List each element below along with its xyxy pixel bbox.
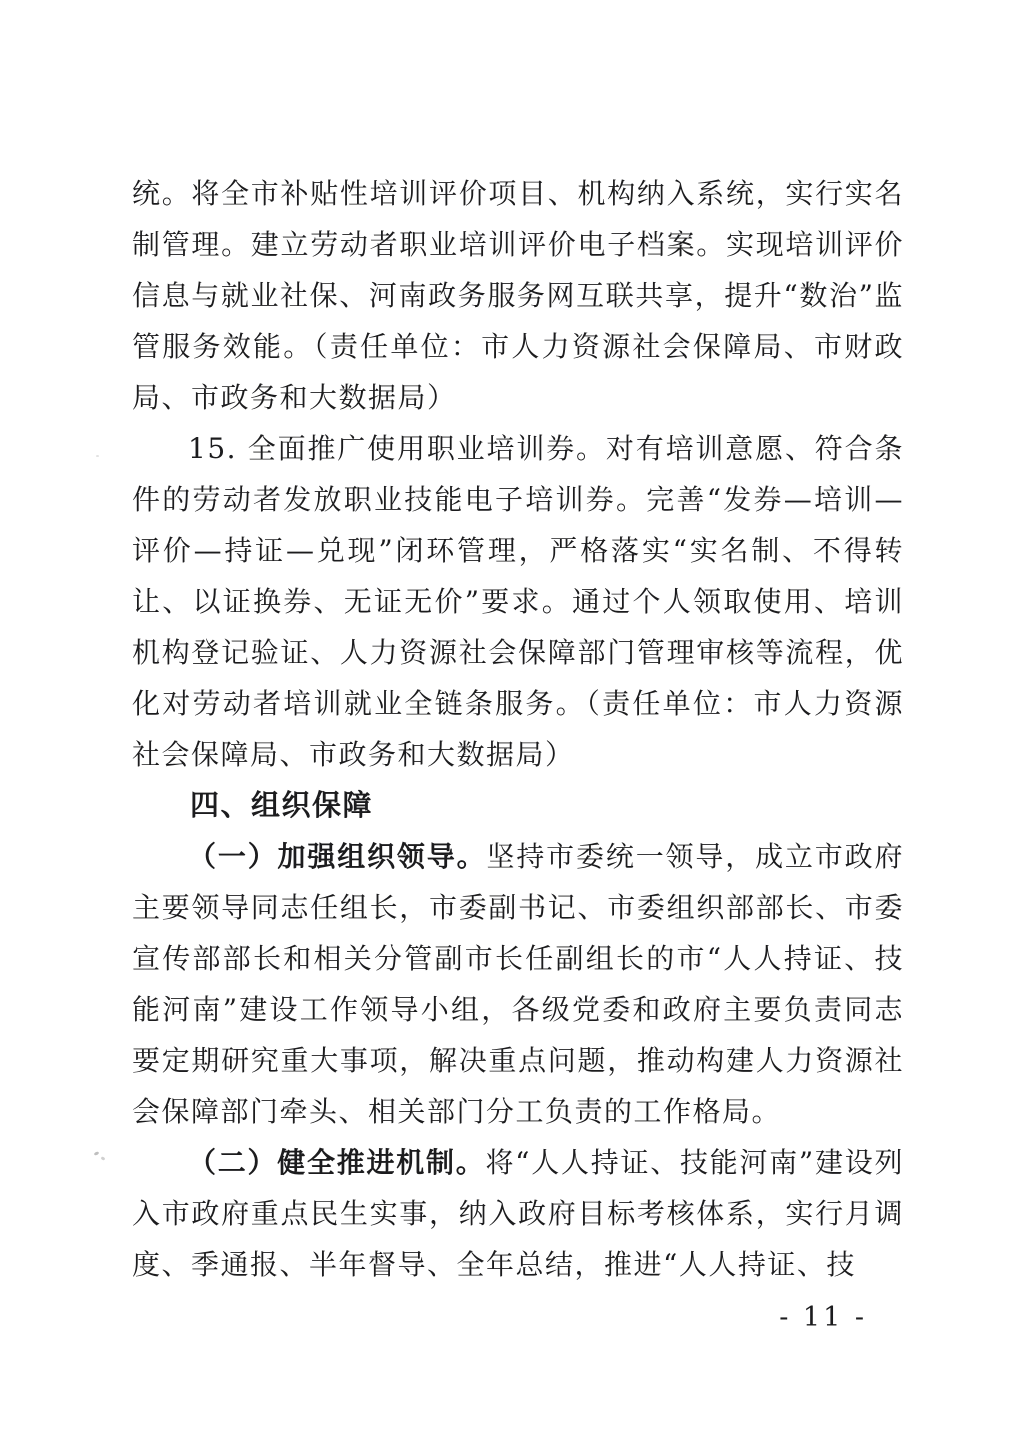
document-body: 统。将全市补贴性培训评价项目、机构纳入系统，实行实名制管理。建立劳动者职业培训评…: [132, 168, 904, 1290]
scan-speck: [94, 1151, 100, 1156]
scan-speck: [101, 1156, 106, 1161]
paragraph-sub-1-body: 坚持市委统一领导，成立市政府主要领导同志任组长，市委副书记、市委组织部部长、市委…: [132, 840, 904, 1128]
page-number: - 11 -: [779, 1297, 867, 1339]
paragraph-sub-1-lead: （一）加强组织领导。: [188, 840, 486, 873]
section-heading-organizational-guarantee: 四、组织保障: [132, 780, 904, 831]
paragraph-continuation: 统。将全市补贴性培训评价项目、机构纳入系统，实行实名制管理。建立劳动者职业培训评…: [132, 168, 904, 423]
paragraph-sub-2: （二）健全推进机制。将“人人持证、技能河南”建设列入市政府重点民生实事，纳入政府…: [132, 1137, 904, 1290]
paragraph-item-15: 15. 全面推广使用职业培训券。对有培训意愿、符合条件的劳动者发放职业技能电子培…: [132, 423, 904, 780]
paragraph-sub-2-lead: （二）健全推进机制。: [188, 1146, 485, 1179]
paragraph-sub-1: （一）加强组织领导。坚持市委统一领导，成立市政府主要领导同志任组长，市委副书记、…: [132, 831, 904, 1137]
scan-speck: [96, 455, 99, 457]
document-page: 统。将全市补贴性培训评价项目、机构纳入系统，实行实名制管理。建立劳动者职业培训评…: [0, 0, 1024, 1443]
